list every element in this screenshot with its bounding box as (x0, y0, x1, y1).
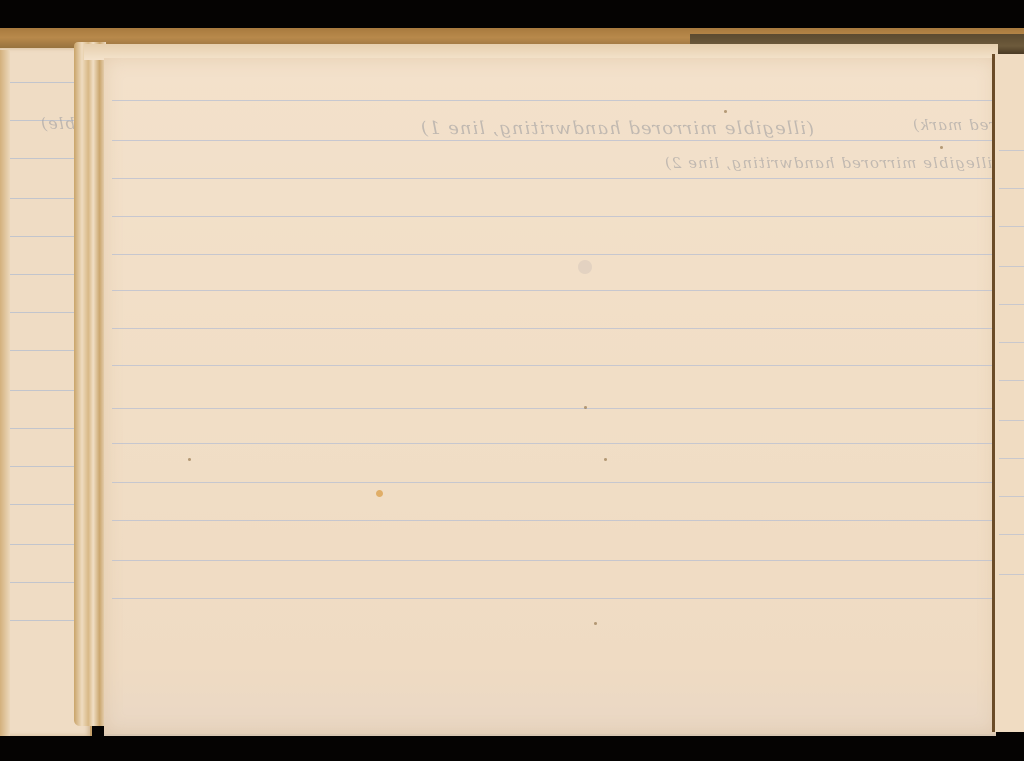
stacked-page-edges (74, 42, 106, 726)
bleed-through-line-1: (illegible mirrored handwriting, line 1) (124, 118, 814, 139)
bleed-through-line-2: (illegible mirrored handwriting, line 2) (664, 154, 999, 172)
back-page-edge (0, 50, 10, 736)
notebook-photo: (illegible) (illegible mirrored handwrit… (0, 0, 1024, 761)
main-page: (illegible mirrored handwriting, line 1)… (104, 58, 996, 736)
right-page-edge (992, 54, 1024, 732)
